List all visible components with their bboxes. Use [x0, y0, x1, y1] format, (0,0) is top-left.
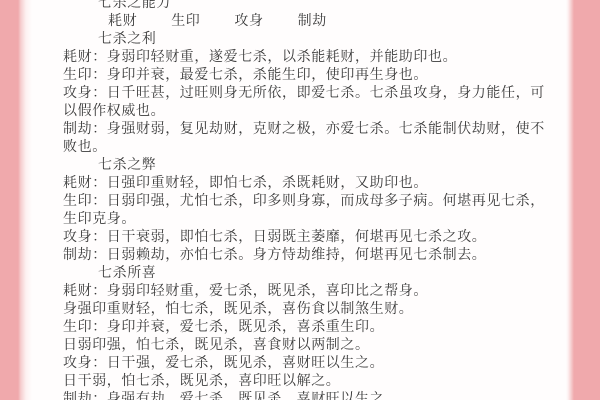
text-line: 以假作权威也。 — [63, 101, 563, 119]
category-item: 制劫 — [298, 11, 327, 29]
category-row: 耗财生印攻身制劫 — [63, 11, 563, 29]
text-line: 生印：身印并衰，最爱七杀，杀能生印，使印再生身也。 — [63, 65, 563, 83]
section-heading: 七杀之弊 — [63, 155, 563, 173]
text-line: 生印：日弱印强，尤怕七杀，印多则身寡，而成母多子病。何堪再见七杀， — [63, 191, 563, 209]
page-border-left — [0, 0, 32, 400]
text-line: 败也。 — [63, 137, 563, 155]
text-line: 攻身：日干衰弱，即怕七杀，日弱既主萎靡，何堪再见七杀之攻。 — [63, 227, 563, 245]
category-item: 攻身 — [234, 11, 263, 29]
text-line: 耗财：身弱印轻财重，遂爱七杀，以杀能耗财，并能助印也。 — [63, 47, 563, 65]
text-line: 日弱印强，怕七杀，既见杀，喜食财以两制之。 — [63, 335, 563, 353]
text-line: 攻身：日千旺甚，过旺则身无所依，即爱七杀。七杀虽攻身，身力能任，可 — [63, 83, 563, 101]
section-heading: 七杀之能力 — [63, 0, 563, 11]
text-line: 制劫：身强财弱，复见劫财，克财之极，亦爱七杀。七杀能制伏劫财，使不 — [63, 119, 563, 137]
text-line: 攻身：日干强，爱七杀，既见杀，喜财旺以生之。 — [63, 353, 563, 371]
text-line: 日干弱，怕七杀，既见杀，喜印旺以解之。 — [63, 371, 563, 389]
text-line: 制劫：身强有劫，爱七杀，既见杀，喜财旺以生之。 — [63, 389, 563, 400]
category-item: 耗财 — [108, 11, 137, 29]
text-line: 生印：身印并衰，爱七杀，既见杀，喜杀重生印。 — [63, 317, 563, 335]
text-line: 身强印重财轻，怕七杀，既见杀，喜伤食以制煞生财。 — [63, 299, 563, 317]
article-content: 七杀之能力耗财生印攻身制劫七杀之利耗财：身弱印轻财重，遂爱七杀，以杀能耗财，并能… — [63, 0, 563, 400]
section-heading: 七杀之利 — [63, 29, 563, 47]
text-line: 制劫：日弱赖劫，亦怕七杀。身方恃劫维持，何堪再见七杀制去。 — [63, 245, 563, 263]
category-item: 生印 — [171, 11, 200, 29]
text-line: 耗财：身弱印轻财重，爱七杀，既见杀，喜印比之帮身。 — [63, 281, 563, 299]
article-page: 七杀之能力耗财生印攻身制劫七杀之利耗财：身弱印轻财重，遂爱七杀，以杀能耗财，并能… — [0, 0, 600, 400]
text-line: 耗财：日强印重财轻，即怕七杀，杀既耗财，又助印也。 — [63, 173, 563, 191]
section-heading: 七杀所喜 — [63, 263, 563, 281]
page-border-right — [566, 0, 600, 400]
text-line: 生印克身。 — [63, 209, 563, 227]
